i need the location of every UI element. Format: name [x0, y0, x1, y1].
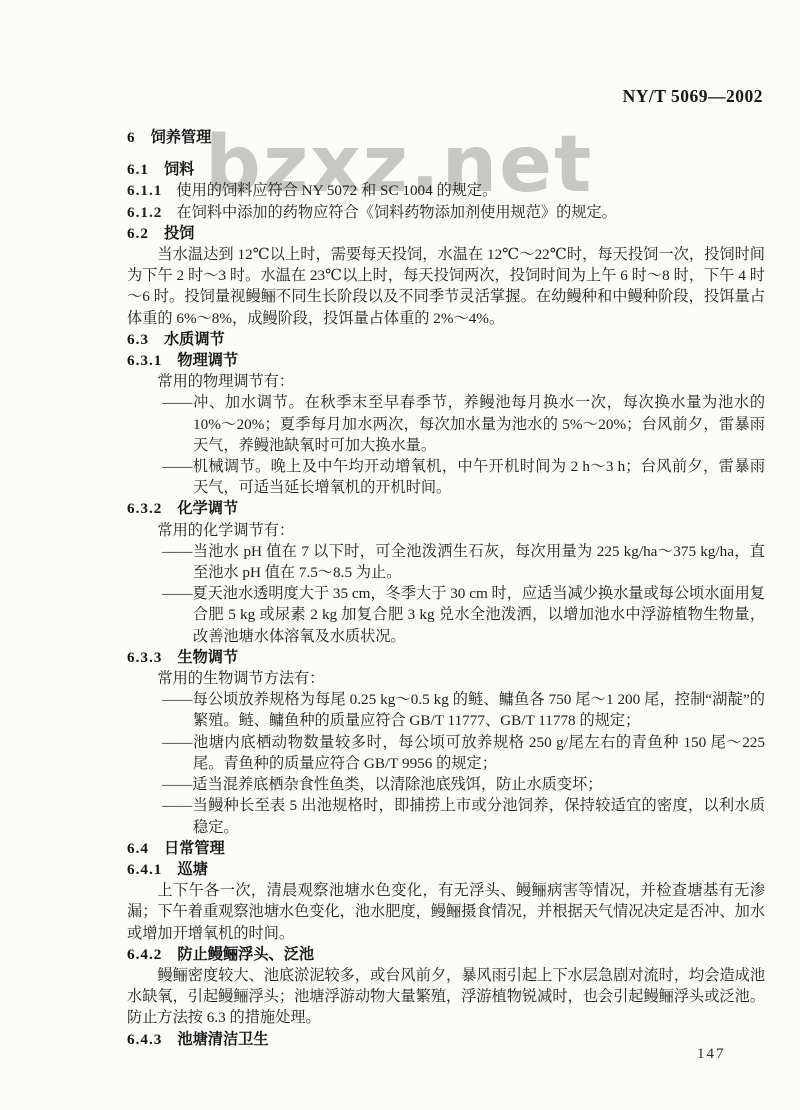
section-title: 生物调节	[177, 649, 238, 666]
clause-number: 6.1.1	[127, 182, 162, 199]
clause: 6.1.2在饲料中添加的药物应符合《饲料药物添加剂使用规范》的规定。	[127, 202, 765, 223]
dash-list-item: ——冲、加水调节。在秋季末至早春季节，养鳗池每月换水一次，每次换水量为池水的 1…	[127, 392, 765, 456]
paragraph: 上下午各一次，清晨观察池塘水色变化，有无浮头、鳗鲡病害等情况，并检查塘基有无渗漏…	[127, 880, 765, 944]
section-title: 投饲	[164, 225, 194, 242]
dash-list-item: ——每公顷放养规格为每尾 0.25 kg～0.5 kg 的鲢、鳙鱼各 750 尾…	[127, 689, 765, 731]
section-heading: 6.4.3池塘清洁卫生	[127, 1029, 765, 1050]
section-heading: 6.4.2防止鳗鲡浮头、泛池	[127, 944, 765, 965]
section-heading: 6.3.3生物调节	[127, 647, 765, 668]
section-title: 物理调节	[177, 352, 238, 369]
section-number: 6	[127, 129, 136, 146]
section-number: 6.4	[127, 840, 149, 857]
section-heading: 6饲养管理	[127, 127, 765, 148]
paragraph: 当水温达到 12℃以上时，需要每天投饲，水温在 12℃～22℃时，每天投饲一次，…	[127, 244, 765, 329]
paragraph: 常用的物理调节有：	[127, 371, 765, 392]
section-title: 防止鳗鲡浮头、泛池	[177, 946, 314, 963]
section-title: 水质调节	[164, 331, 225, 348]
section-number: 6.4.2	[127, 946, 162, 963]
paragraph: 鳗鲡密度较大、池底淤泥较多，或台风前夕，暴风雨引起上下水层急剧对流时，均会造成池…	[127, 965, 765, 1029]
section-number: 6.3	[127, 331, 149, 348]
section-number: 6.3.1	[127, 352, 162, 369]
section-heading: 6.4.1巡塘	[127, 859, 765, 880]
dash-list-item: ——当鳗种长至表 5 出池规格时，即捕捞上市或分池饲养，保持较适宜的密度，以利水…	[127, 795, 765, 837]
section-number: 6.4.1	[127, 861, 162, 878]
clause: 6.1.1使用的饲料应符合 NY 5072 和 SC 1004 的规定。	[127, 180, 765, 201]
section-number: 6.4.3	[127, 1031, 162, 1048]
standard-number-header: NY/T 5069—2002	[623, 86, 763, 107]
section-title: 巡塘	[177, 861, 207, 878]
dash-list-item: ——夏天池水透明度大于 35 cm，冬季大于 30 cm 时，应适当减少换水量或…	[127, 583, 765, 647]
section-heading: 6.3水质调节	[127, 329, 765, 350]
section-heading: 6.3.2化学调节	[127, 498, 765, 519]
paragraph: 常用的生物调节方法有：	[127, 668, 765, 689]
section-number: 6.3.3	[127, 649, 162, 666]
dash-list-item: ——当池水 pH 值在 7 以下时，可全池泼洒生石灰，每次用量为 225 kg/…	[127, 541, 765, 583]
paragraph: 常用的化学调节有：	[127, 520, 765, 541]
dash-list-item: ——机械调节。晚上及中午均开动增氧机，中午开机时间为 2 h～3 h；台风前夕，…	[127, 456, 765, 498]
section-number: 6.3.2	[127, 500, 162, 517]
dash-list-item: ——池塘内底栖动物数量较多时，每公顷可放养规格 250 g/尾左右的青鱼种 15…	[127, 732, 765, 774]
dash-list-item: ——适当混养底栖杂食性鱼类，以清除池底残饵，防止水质变坏；	[127, 774, 765, 795]
section-number: 6.1	[127, 161, 149, 178]
document-page: bzxz.net NY/T 5069—2002 6饲养管理6.1饲料6.1.1使…	[0, 0, 800, 1110]
section-heading: 6.4日常管理	[127, 838, 765, 859]
section-title: 池塘清洁卫生	[177, 1031, 268, 1048]
section-heading: 6.1饲料	[127, 159, 765, 180]
section-title: 化学调节	[177, 500, 238, 517]
document-body: 6饲养管理6.1饲料6.1.1使用的饲料应符合 NY 5072 和 SC 100…	[127, 127, 765, 1050]
clause-number: 6.1.2	[127, 204, 162, 221]
section-heading: 6.2投饲	[127, 223, 765, 244]
section-title: 饲养管理	[151, 129, 212, 146]
section-title: 饲料	[164, 161, 194, 178]
section-number: 6.2	[127, 225, 149, 242]
section-title: 日常管理	[164, 840, 225, 857]
section-heading: 6.3.1物理调节	[127, 350, 765, 371]
